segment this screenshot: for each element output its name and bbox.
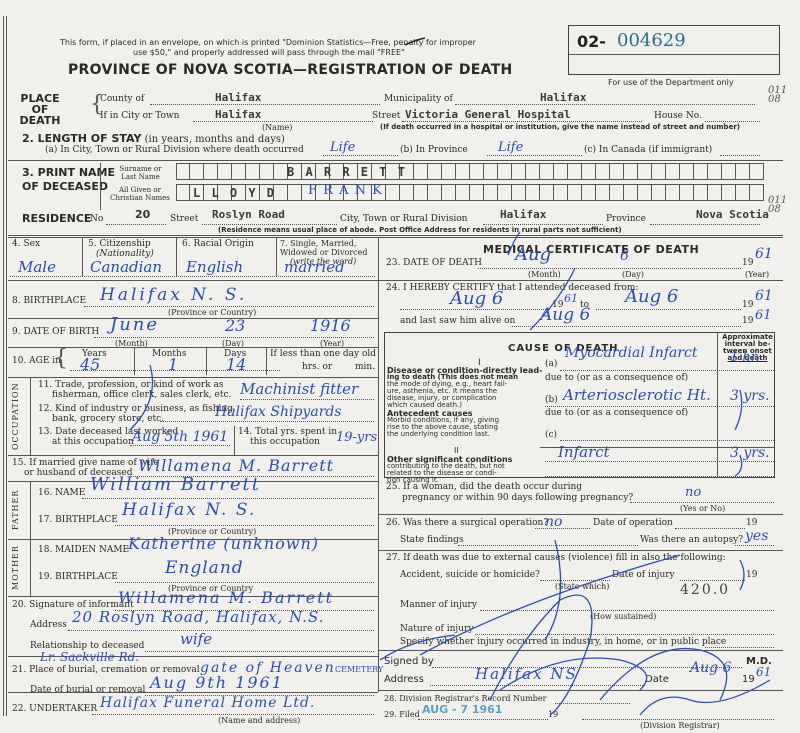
given-names-label: All Given orChristian Names <box>104 186 176 202</box>
sig-year-value: 61 <box>756 665 771 679</box>
residence-city-label: City, Town or Rural Division <box>340 214 467 224</box>
county-label: County of <box>100 94 144 104</box>
burial-place-prefix: Lr. Sackville Rd. <box>40 650 139 664</box>
father-name-label: 16. NAME <box>38 488 85 498</box>
father-birthplace-label: 17. BIRTHPLACE <box>38 515 118 525</box>
last-saw-year-prefix: 19 <box>742 316 753 326</box>
certify-label: 24. I HEREBY CERTIFY that I attended dec… <box>386 283 638 293</box>
racial-origin-value: English <box>186 258 243 276</box>
signed-by-label: Signed by <box>384 656 434 667</box>
spouse-value: Willamena M. Barrett <box>138 456 334 475</box>
relationship-value: wife <box>180 630 212 648</box>
street-value: Victoria General Hospital <box>405 108 571 121</box>
cause-b-prefix: (b) <box>545 395 558 405</box>
citizenship-value: Canadian <box>90 258 162 276</box>
dod-day-caption: (Day) <box>622 270 644 279</box>
sig-address-label: Address <box>384 674 424 685</box>
age-days-value: 14 <box>226 355 246 374</box>
reg-number: 004629 <box>617 30 686 51</box>
birthplace-label: 8. BIRTHPLACE <box>12 296 86 306</box>
dob-month: June <box>110 314 159 335</box>
cause-a-interval: 1 hr. <box>730 350 760 365</box>
filed-date-stamp: AUG - 7 1961 <box>422 703 502 716</box>
residence-province-label: Province <box>606 214 646 224</box>
residence-street-value: Roslyn Road <box>212 208 285 221</box>
filed-label: 29. Filed <box>384 710 420 719</box>
stay-city-value: Life <box>330 140 355 155</box>
surname-label: Surname orLast Name <box>108 165 173 181</box>
q27-label: 27. If death was due to external causes … <box>386 553 726 563</box>
sig-year-prefix: 19 <box>742 674 755 685</box>
q26-value: no <box>545 514 562 530</box>
dod-day: 6 <box>620 248 629 264</box>
other-condition-interval: 3 yrs. <box>730 445 770 461</box>
findings-label: State findings <box>400 535 464 545</box>
place-of-death-label: PLACEOFDEATH <box>12 93 68 126</box>
attend-from-value: Aug 6 <box>450 288 503 309</box>
record-number-label: 28. Division Registrar's Record Number <box>384 694 546 703</box>
given-second-value: F R A N K <box>308 183 383 198</box>
less-than-day-label: If less than one day old <box>270 349 376 359</box>
undertaker-value: Halifax Funeral Home Ltd. <box>100 695 315 711</box>
sex-label: 4. Sex <box>12 239 40 249</box>
other-conditions-label: Other significant conditions contributin… <box>387 456 512 484</box>
total-years-label: 14. Total yrs. spent inthis occupation <box>238 427 337 447</box>
total-years-value: 19-yrs <box>336 430 377 445</box>
other-condition-value: Infarct <box>558 443 610 461</box>
how-sustained-caption: (How sustained) <box>590 612 656 621</box>
dod-year-caption: (Year) <box>745 270 769 279</box>
stay-province-label: (b) In Province <box>400 145 468 155</box>
autopsy-label: Was there an autopsy? <box>640 535 743 545</box>
antecedent-label: Antecedent causes Morbid conditions, if … <box>387 410 499 438</box>
attend-to-year: 61 <box>755 288 773 304</box>
age-years-value: 45 <box>80 355 100 374</box>
margin-code-2: 011 08 <box>768 196 787 214</box>
registrar-caption: (Division Registrar) <box>640 721 720 730</box>
postal-notice-line2: use $50," and properly addressed will pa… <box>133 48 405 57</box>
injury-date-label: Date of injury <box>612 570 675 580</box>
dob-day: 23 <box>225 316 245 335</box>
hospital-note: (If death occurred in a hospital or inst… <box>380 123 740 131</box>
direct-cause-label: Disease or condition-directly lead- ing … <box>387 367 542 409</box>
residence-no-label: No <box>90 214 103 224</box>
burial-date-label: Date of burial or removal <box>30 685 145 695</box>
filed-year-prefix: 19 <box>548 710 558 719</box>
state-which-caption: (State which) <box>555 582 609 591</box>
q26-label: 26. Was there a surgical operation? <box>386 518 548 528</box>
marital-value: married <box>284 258 345 276</box>
injury-year-prefix: 19 <box>746 570 757 580</box>
dod-year-prefix: 19 <box>742 258 753 268</box>
classification-code: 420.0 <box>680 582 730 598</box>
stay-city-label: (a) In City, Town or Rural Division wher… <box>45 145 304 155</box>
burial-date-value: Aug 9th 1961 <box>150 673 284 692</box>
residence-city-value: Halifax <box>500 208 546 221</box>
manner-label: Manner of injury <box>400 600 477 610</box>
age-brace: { <box>54 346 68 371</box>
street-label: Street <box>372 111 400 121</box>
dod-month: Aug <box>515 244 551 265</box>
residence-province-value: Nova Scotia <box>696 208 769 221</box>
residence-label: RESIDENCE <box>22 212 91 225</box>
sig-date-label: Date <box>645 674 669 685</box>
father-side-label: FATHER <box>11 490 20 530</box>
form-title: PROVINCE OF NOVA SCOTIA—REGISTRATION OF … <box>68 62 513 78</box>
burial-place-suffix: CEMETERY <box>335 665 383 674</box>
attend-to-year-prefix: 19 <box>742 300 753 310</box>
city-label: If in City or Town <box>100 111 179 121</box>
op-year-prefix: 19 <box>746 518 757 528</box>
informant-signature-value: Willamena M. Barrett <box>118 588 334 607</box>
margin-code-1: 011 08 <box>768 86 787 104</box>
dob-year: 1916 <box>310 316 351 335</box>
undertaker-label: 22. UNDERTAKER <box>12 704 97 714</box>
occupation-side-label: OCCUPATION <box>11 382 20 450</box>
municipality-label: Municipality of <box>384 94 453 104</box>
mother-maiden-value: Katherine (unknown) <box>128 534 319 553</box>
trade-label: 11. Trade, profession, or kind of work a… <box>38 380 231 400</box>
dod-year: 61 <box>755 246 773 262</box>
county-value: Halifax <box>215 91 261 104</box>
undertaker-caption: (Name and address) <box>218 716 300 725</box>
residence-no-value: 20 <box>135 208 150 221</box>
racial-origin-label: 6. Racial Origin <box>182 239 254 249</box>
last-saw-year: 61 <box>755 308 772 323</box>
mother-birthplace-value: England <box>165 558 244 578</box>
attend-to-value: Aug 6 <box>625 286 678 307</box>
residence-note: (Residence means usual place of abode. P… <box>218 226 622 234</box>
informant-address-value: 20 Roslyn Road, Halifax, N.S. <box>72 608 325 626</box>
father-birthplace-value: Halifax N. S. <box>122 500 256 520</box>
age-months-value: 1 <box>168 355 178 374</box>
citizenship-label: 5. Citizenship(Nationality) <box>88 239 154 259</box>
cause-b-due-to: due to (or as a consequence of) <box>545 408 688 418</box>
left-border <box>3 16 7 716</box>
hrs-label: hrs. or <box>302 362 332 372</box>
q25-label: 25. If a woman, did the death occur duri… <box>386 482 633 504</box>
q25-caption: (Yes or No) <box>680 504 725 513</box>
name-caption: (Name) <box>262 123 292 132</box>
postal-notice-line1: This form, if placed in an envelope, on … <box>60 38 476 47</box>
mother-side-label: MOTHER <box>11 545 20 590</box>
min-label: min. <box>355 362 375 372</box>
trade-value: Machinist fitter <box>240 380 358 398</box>
sig-date-value: Aug 6 <box>690 660 731 676</box>
house-no-label: House No. <box>654 111 702 121</box>
city-value: Halifax <box>215 108 261 121</box>
cause-b-value: Arteriosclerotic Ht. <box>563 386 711 404</box>
registration-number-box: 02- 004629 <box>568 25 780 75</box>
dob-label: 9. DATE OF BIRTH <box>12 327 99 337</box>
father-name-value: William Barrett <box>90 474 261 495</box>
sig-address-value: Halifax NS <box>475 665 578 683</box>
reg-prefix: 02- <box>577 32 606 51</box>
residence-street-label: Street <box>170 214 198 224</box>
stay-province-value: Life <box>498 140 523 155</box>
dept-note: For use of the Department only <box>608 78 734 87</box>
given-first-value: L L O Y D <box>193 186 276 200</box>
industry-value: Halifax Shipyards <box>215 404 342 420</box>
cause-b-interval: 3 yrs. <box>730 388 770 404</box>
death-registration-form: This form, if placed in an envelope, on … <box>0 0 800 733</box>
date-of-death-label: 23. DATE OF DEATH <box>386 258 482 268</box>
sex-value: Male <box>18 258 56 276</box>
autopsy-value: yes <box>745 528 768 544</box>
mother-birthplace-label: 19. BIRTHPLACE <box>38 572 118 582</box>
informant-address-label: Address <box>30 620 67 630</box>
dod-month-caption: (Month) <box>528 270 561 279</box>
mother-maiden-label: 18. MAIDEN NAME <box>38 545 129 555</box>
cause-a-due-to: due to (or as a consequence of) <box>545 373 688 383</box>
last-saw-value: Aug 6 <box>540 305 590 325</box>
nature-label: Nature of injury <box>400 624 473 634</box>
last-saw-label: and last saw him alive on <box>400 316 515 326</box>
cause-c-prefix: (c) <box>545 430 557 440</box>
municipality-value: Halifax <box>540 91 586 104</box>
length-of-stay-label: 2. LENGTH OF STAY (in years, months and … <box>22 132 285 145</box>
section-ii: II <box>454 446 459 455</box>
op-date-label: Date of operation <box>593 518 673 528</box>
attend-from-year: 61 <box>564 292 578 305</box>
stay-canada-label: (c) In Canada (if immigrant) <box>584 145 712 155</box>
cause-a-prefix: (a) <box>545 359 557 369</box>
surname-grid <box>176 163 764 180</box>
cause-a-value: Myocardial Infarct <box>565 345 698 361</box>
surname-value: B A R R E T T <box>287 165 407 179</box>
last-worked-value: Aug 5th 1961 <box>132 429 228 445</box>
print-name-label: 3. PRINT NAMEOF DECEASED <box>22 166 115 194</box>
birthplace-value: Halifax N. S. <box>100 285 247 305</box>
q25-value: no <box>685 485 701 500</box>
specify-label: Specify whether injury occurred in indus… <box>400 637 726 647</box>
accident-label: Accident, suicide or homicide? <box>400 570 540 580</box>
